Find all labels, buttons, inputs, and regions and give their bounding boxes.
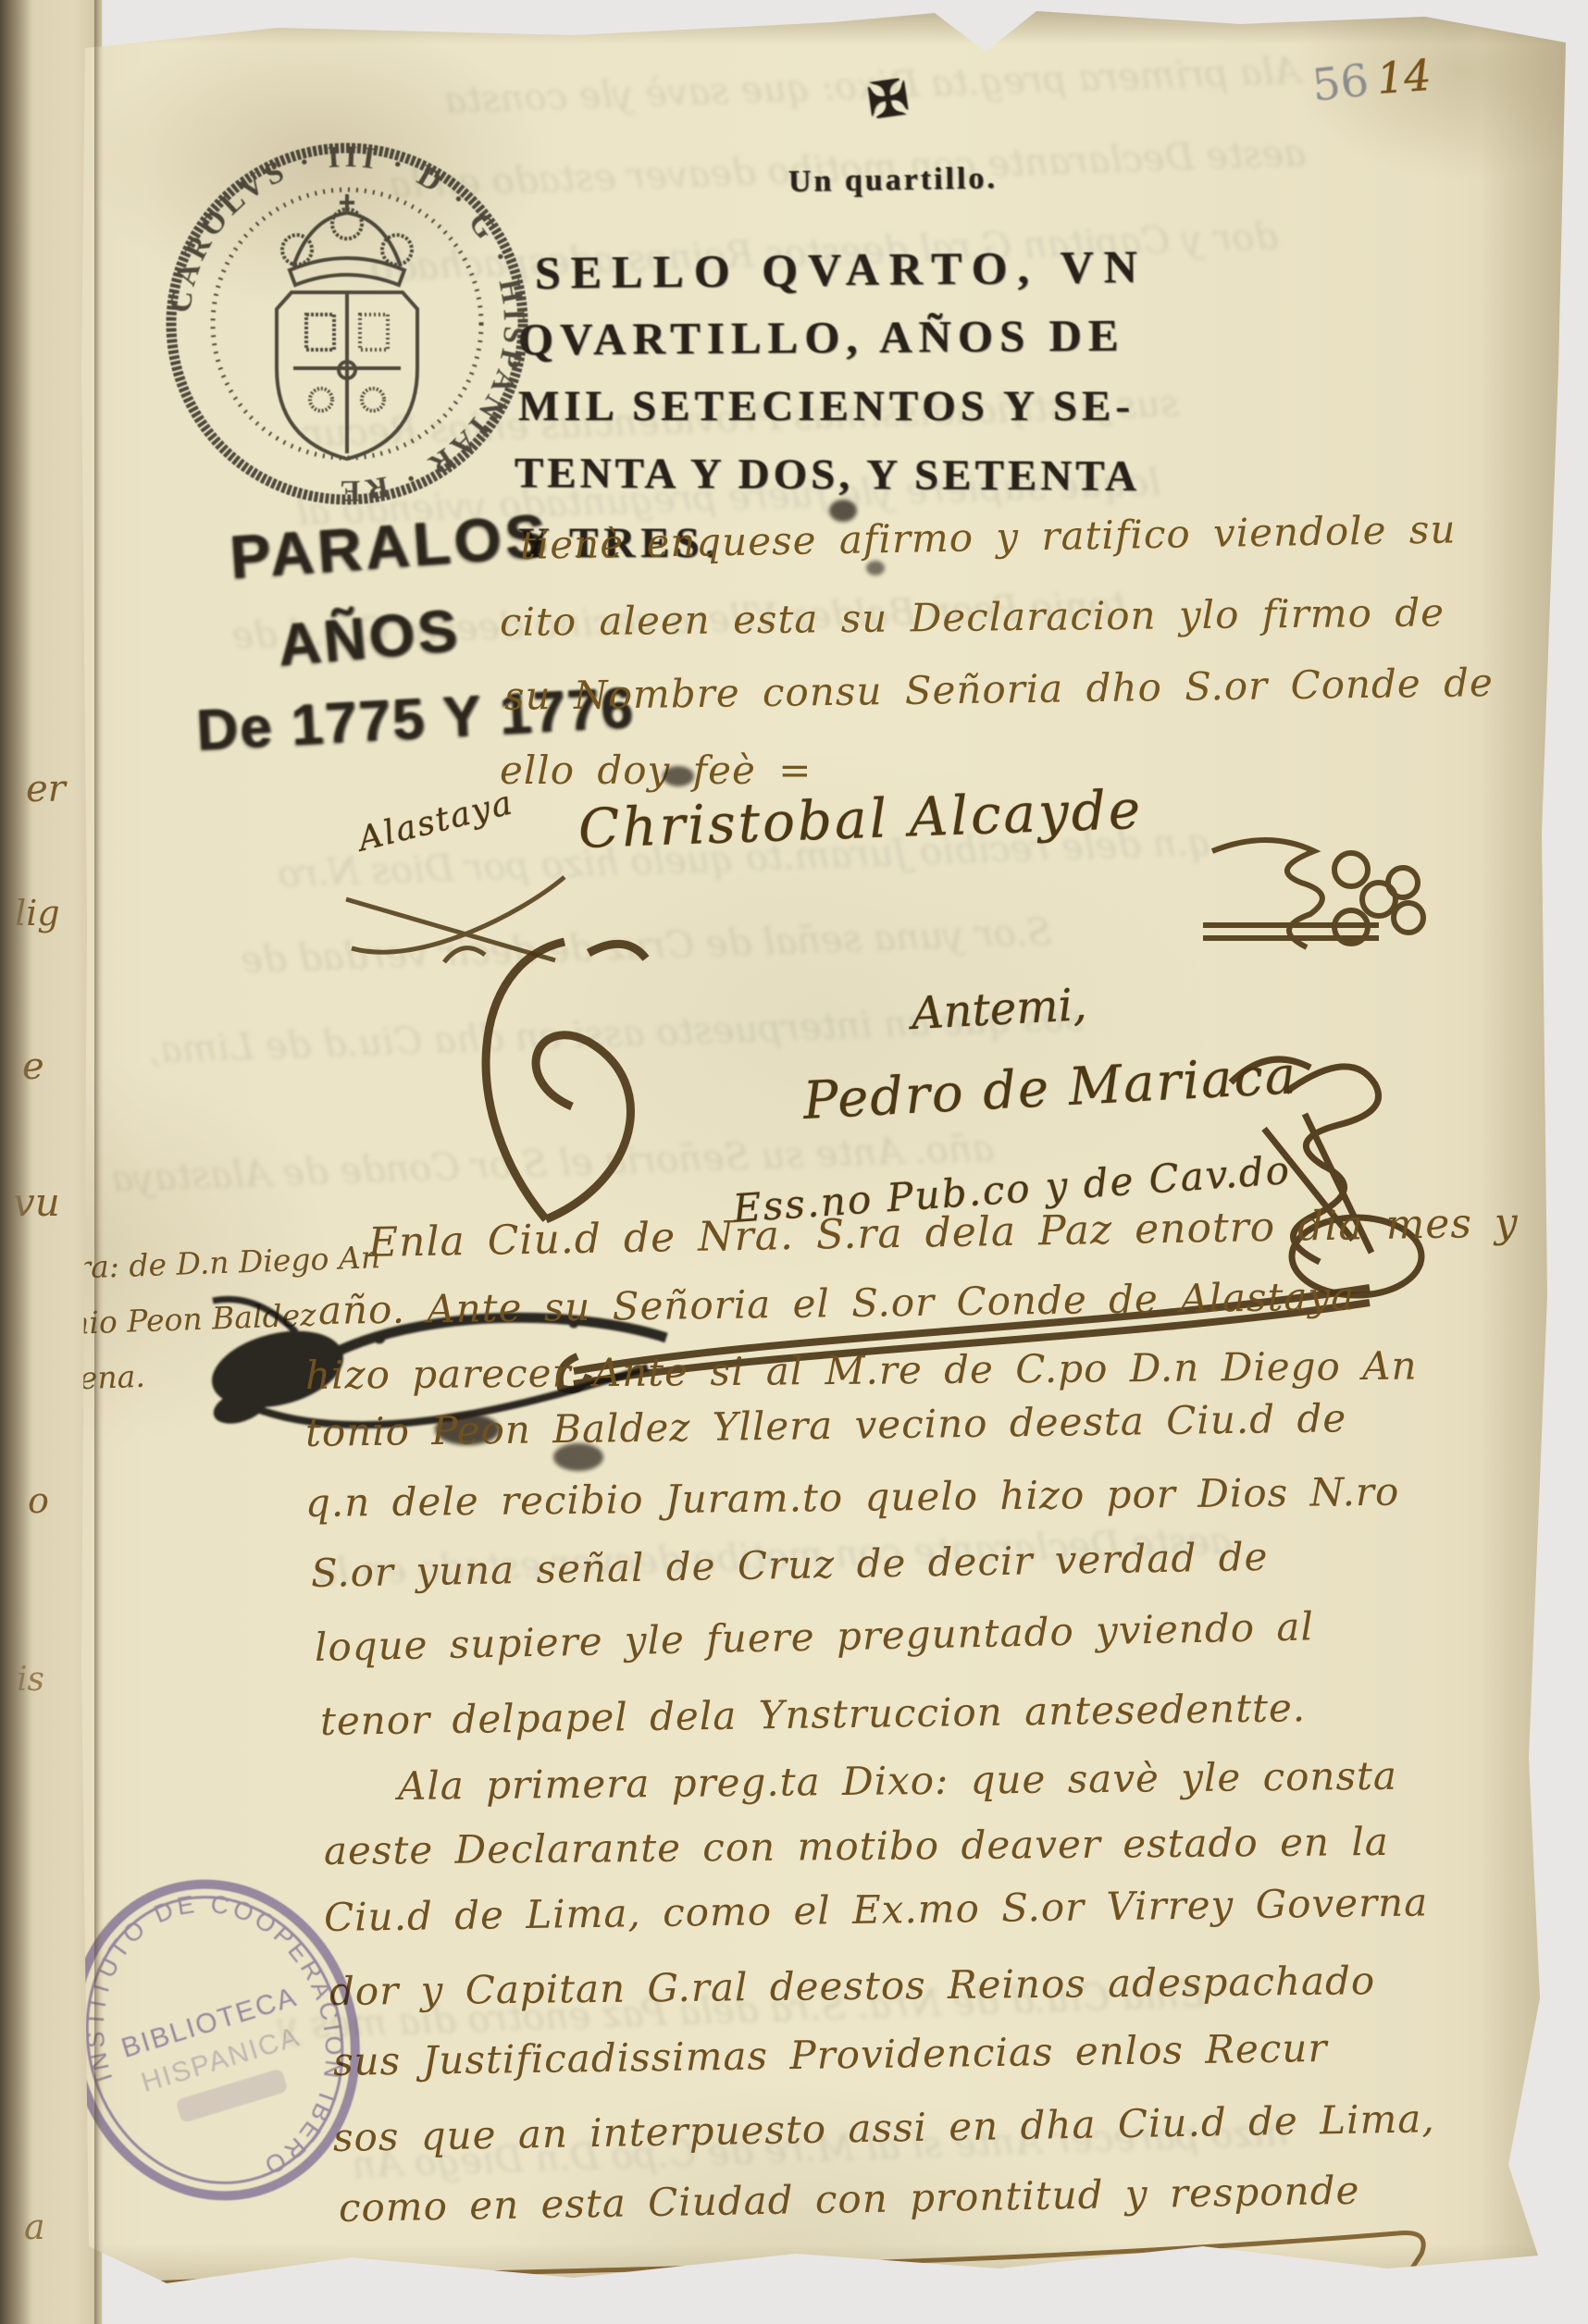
certification-line: ello doy feè = [500,748,812,793]
library-stamp: INSTITUTO DE COOPERACION IBEROAMERICANA … [57,1864,372,2216]
signature-ante-mi: Antemi, [911,979,1088,1040]
seal-legend: CAROLVS · III · D · G · HISPANIAR · REX … [149,113,531,507]
document-page: Ala primera preg.ta Dixo: que savè yle c… [0,0,1588,2324]
alcayde-rubric [1194,814,1453,990]
paper-right-edge [1481,0,1573,2324]
body-line: Ala primera preg.ta Dixo: que savè yle c… [398,1753,1397,1809]
binding-gutter [0,0,31,2324]
page-fold-crease [94,0,104,2324]
tax-rate-header: Un quartillo. [788,161,999,200]
sello-line: TENTA Y DOS, Y SETENTA [515,448,1140,501]
seal-crown-icon [282,194,412,285]
edge-fragment: er [26,768,66,810]
cross-icon: ✠ [864,69,912,130]
body-line: loque supiere yle fuere preguntado yvien… [314,1603,1314,1670]
closing-rule [65,2202,1545,2322]
ink-smudge [866,561,885,575]
folio-number-ink: 14 [1375,50,1433,104]
svg-text:CAROLVS · III · D · G · HISPAN: CAROLVS · III · D · G · HISPANIAR · REX … [149,113,531,507]
folio-number-pencil: 56 [1309,55,1371,112]
manuscript-scan: er lig e vu o is a Ala primera preg.ta D… [0,0,1588,2324]
year-overstamp-line: AÑOS [275,596,463,680]
paragraph-flourish [407,925,713,1240]
year-overstamp-line: PARALOS [228,500,552,592]
body-line: aeste Declarante con motibo deaver estad… [324,1819,1389,1873]
ink-smudge [829,500,857,522]
body-line: dor y Capitan G.ral deestos Reinos adesp… [329,1958,1376,2014]
sello-line: QVARTILLO, AÑOS DE [518,309,1125,366]
body-line: hizo parecer Ante si al M.re de C.po D.n… [305,1343,1418,1398]
ink-smudge [663,766,694,786]
royal-seal: CAROLVS · III · D · G · HISPANIAR · REX … [162,139,532,509]
paper-top-edge [83,7,1564,44]
body-line: S.or yuna señal de Cruz de decir verdad … [311,1534,1269,1596]
sello-line: MIL SETECIENTOS Y SE- [518,381,1135,431]
certification-line: cito aleen esta su Declaracion ylo firmo… [500,589,1445,645]
sello-line: SELLO QVARTO, VN [535,240,1148,300]
seal-shield-icon [277,292,417,459]
certification-line: su Nombre consu Señoria dho S.or Conde d… [504,660,1494,719]
body-line: Ciu.d de Lima, como el Ex.mo S.or Virrey… [324,1879,1429,1940]
body-line: tenor delpapel dela Ynstruccion antesede… [320,1685,1307,1744]
